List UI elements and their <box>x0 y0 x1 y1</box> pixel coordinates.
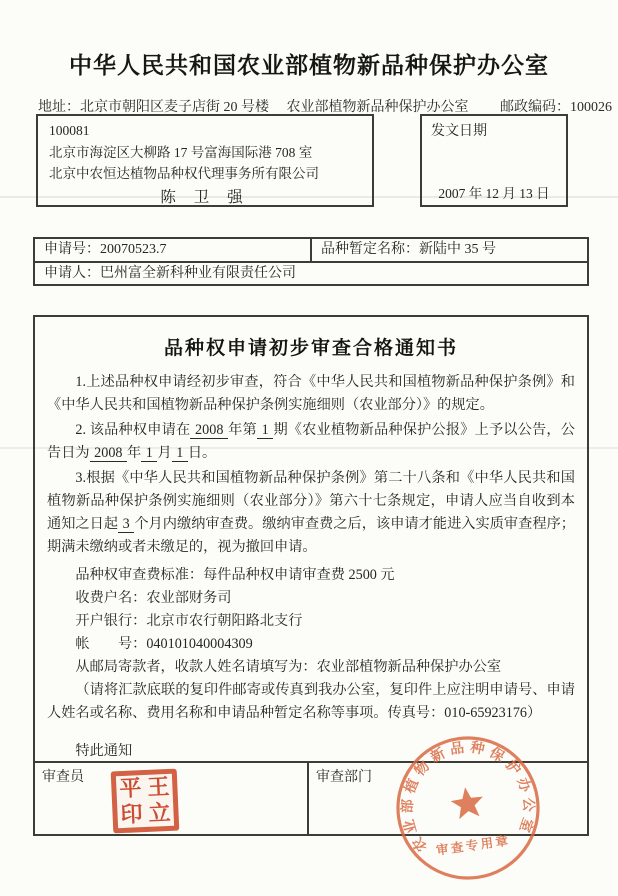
postal-payee-line: 从邮局寄款者，收款人姓名请填写为：农业部植物新品种保护办公室 <box>47 656 575 679</box>
recipient-postcode: 100081 <box>49 120 361 142</box>
office-name: 农业部植物新品种保护办公室 <box>287 100 469 115</box>
application-number-cell: 申请号：20070523.7 <box>35 239 312 261</box>
underlined-year: 2008 <box>190 422 228 439</box>
document-page: 中华人民共和国农业部植物新品种保护办公室 地址：北京市朝阳区麦子店街 20 号楼… <box>0 0 618 896</box>
variety-name-cell: 品种暂定名称：新陆中 35 号 <box>312 239 587 261</box>
round-seal-graphic: 农业部植物新品种保护办公室 审查专用章 <box>382 722 554 894</box>
seal-char: 印 <box>117 801 146 828</box>
recipient-company: 北京中农恒达植物品种权代理事务所有限公司 <box>49 163 361 185</box>
p2-segment: 2. 该品种权申请在 <box>75 422 190 438</box>
dispatch-date-box: 发文日期 2007 年 12 月 13 日 <box>420 114 568 207</box>
p2-segment: 年第 <box>228 422 257 438</box>
notice-paragraph-2: 2. 该品种权申请在 2008 年第 1 期《农业植物新品种保护公报》上予以公告… <box>47 419 575 465</box>
applicant-cell: 申请人：巴州富全新科种业有限责任公司 <box>35 263 587 286</box>
fee-standard-line: 品种权审查费标准：每件品种权申请审查费 2500 元 <box>47 564 575 587</box>
p2-segment: 日。 <box>188 445 216 461</box>
notice-paragraph-1: 1.上述品种权申请经初步审查，符合《中华人民共和国植物新品种保护条例》和《中华人… <box>47 371 575 417</box>
seal-char: 王 <box>144 774 173 801</box>
application-table-row: 申请号：20070523.7 品种暂定名称：新陆中 35 号 <box>35 239 587 263</box>
underlined-year: 2008 <box>90 445 127 462</box>
seal-char: 立 <box>145 800 174 827</box>
seal-char: 平 <box>116 775 145 802</box>
recipient-box: 100081 北京市海淀区大柳路 17 号富海国际港 708 室 北京中农恒达植… <box>36 114 374 207</box>
payee-line: 收费户名：农业部财务司 <box>47 587 575 610</box>
dispatch-date-label: 发文日期 <box>431 120 557 140</box>
application-table: 申请号：20070523.7 品种暂定名称：新陆中 35 号 申请人：巴州富全新… <box>33 237 589 286</box>
notice-paragraph-3: 3.根据《中华人民共和国植物新品种保护条例》第二十八条和《中华人民共和国植物新品… <box>47 467 575 559</box>
department-round-seal: 农业部植物新品种保护办公室 审查专用章 <box>382 722 554 894</box>
remark-paragraph: （请将汇款底联的复印件邮寄或传真到我办公室，复印件上应注明申请号、申请人姓名或名… <box>47 679 575 725</box>
dispatch-date-value: 2007 年 12 月 13 日 <box>422 182 566 202</box>
department-label: 审查部门 <box>316 770 372 785</box>
notice-title: 品种权申请初步审查合格通知书 <box>47 333 575 360</box>
recipient-contact-name: 陈 卫 强 <box>49 187 361 209</box>
underlined-day: 1 <box>172 445 188 462</box>
account-line: 帐 号：040101040004309 <box>47 633 575 656</box>
examiner-label: 审查员 <box>42 770 84 785</box>
office-header-title: 中华人民共和国农业部植物新品种保护办公室 <box>0 47 618 80</box>
recipient-address: 北京市海淀区大柳路 17 号富海国际港 708 室 <box>49 142 361 164</box>
underlined-months: 3 <box>118 516 134 533</box>
p2-segment: 月 <box>157 445 171 461</box>
examiner-name-seal: 平 王 印 立 <box>111 769 180 834</box>
bank-line: 开户银行：北京市农行朝阳路北支行 <box>47 610 575 633</box>
address-line: 地址：北京市朝阳区麦子店街 20 号楼 农业部植物新品种保护办公室 邮政编码：1… <box>38 96 598 116</box>
office-address: 地址：北京市朝阳区麦子店街 20 号楼 <box>38 100 269 115</box>
office-postcode: 邮政编码：100026 <box>500 100 612 115</box>
underlined-issue: 1 <box>257 422 274 439</box>
underlined-month: 1 <box>141 445 157 462</box>
seal-bottom-text: 审查专用章 <box>435 832 511 857</box>
seal-star-icon <box>449 785 485 820</box>
p2-segment: 年 <box>127 445 141 461</box>
